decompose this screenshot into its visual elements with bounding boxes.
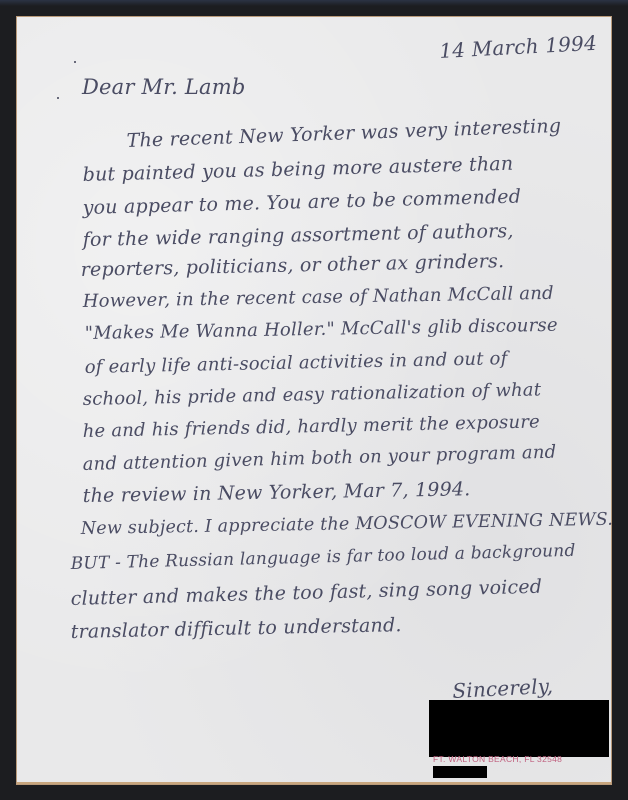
ink-dot <box>74 61 76 63</box>
body-line: clutter and makes the too fast, sing son… <box>70 576 542 610</box>
body-line: translator difficult to understand. <box>71 614 402 643</box>
body-line: However, in the recent case of Nathan Mc… <box>83 283 554 312</box>
body-line: you appear to me. You are to be commende… <box>82 186 521 219</box>
body-line: The recent New Yorker was very interesti… <box>126 115 561 152</box>
address-stamp: FT. WALTON BEACH, FL 32548 <box>433 754 562 764</box>
body-line: reporters, politicians, or other ax grin… <box>81 250 505 281</box>
body-line: New subject. I appreciate the MOSCOW EVE… <box>81 510 614 539</box>
body-line: BUT - The Russian language is far too lo… <box>70 541 575 574</box>
body-line: but painted you as being more austere th… <box>82 153 513 186</box>
ink-dot <box>57 97 59 99</box>
address-redaction <box>433 766 487 778</box>
body-line: and attention given him both on your pro… <box>82 442 556 475</box>
closing: Sincerely, <box>452 674 554 703</box>
letter-date: 14 March 1994 <box>439 31 598 63</box>
body-line: the review in New Yorker, Mar 7, 1994. <box>83 478 471 507</box>
body-line: for the wide ranging assortment of autho… <box>83 220 514 251</box>
body-line: he and his friends did, hardly merit the… <box>83 411 541 442</box>
body-line: school, his pride and easy rationalizati… <box>83 379 542 410</box>
letter-paper: 14 March 1994 Dear Mr. Lamb The recent N… <box>17 17 611 784</box>
signature-redaction <box>429 700 609 757</box>
salutation: Dear Mr. Lamb <box>82 75 246 99</box>
body-line: of early life anti-social activities in … <box>85 348 508 378</box>
frame-top-edge <box>0 0 628 6</box>
body-line: "Makes Me Wanna Holler." McCall's glib d… <box>85 315 558 344</box>
